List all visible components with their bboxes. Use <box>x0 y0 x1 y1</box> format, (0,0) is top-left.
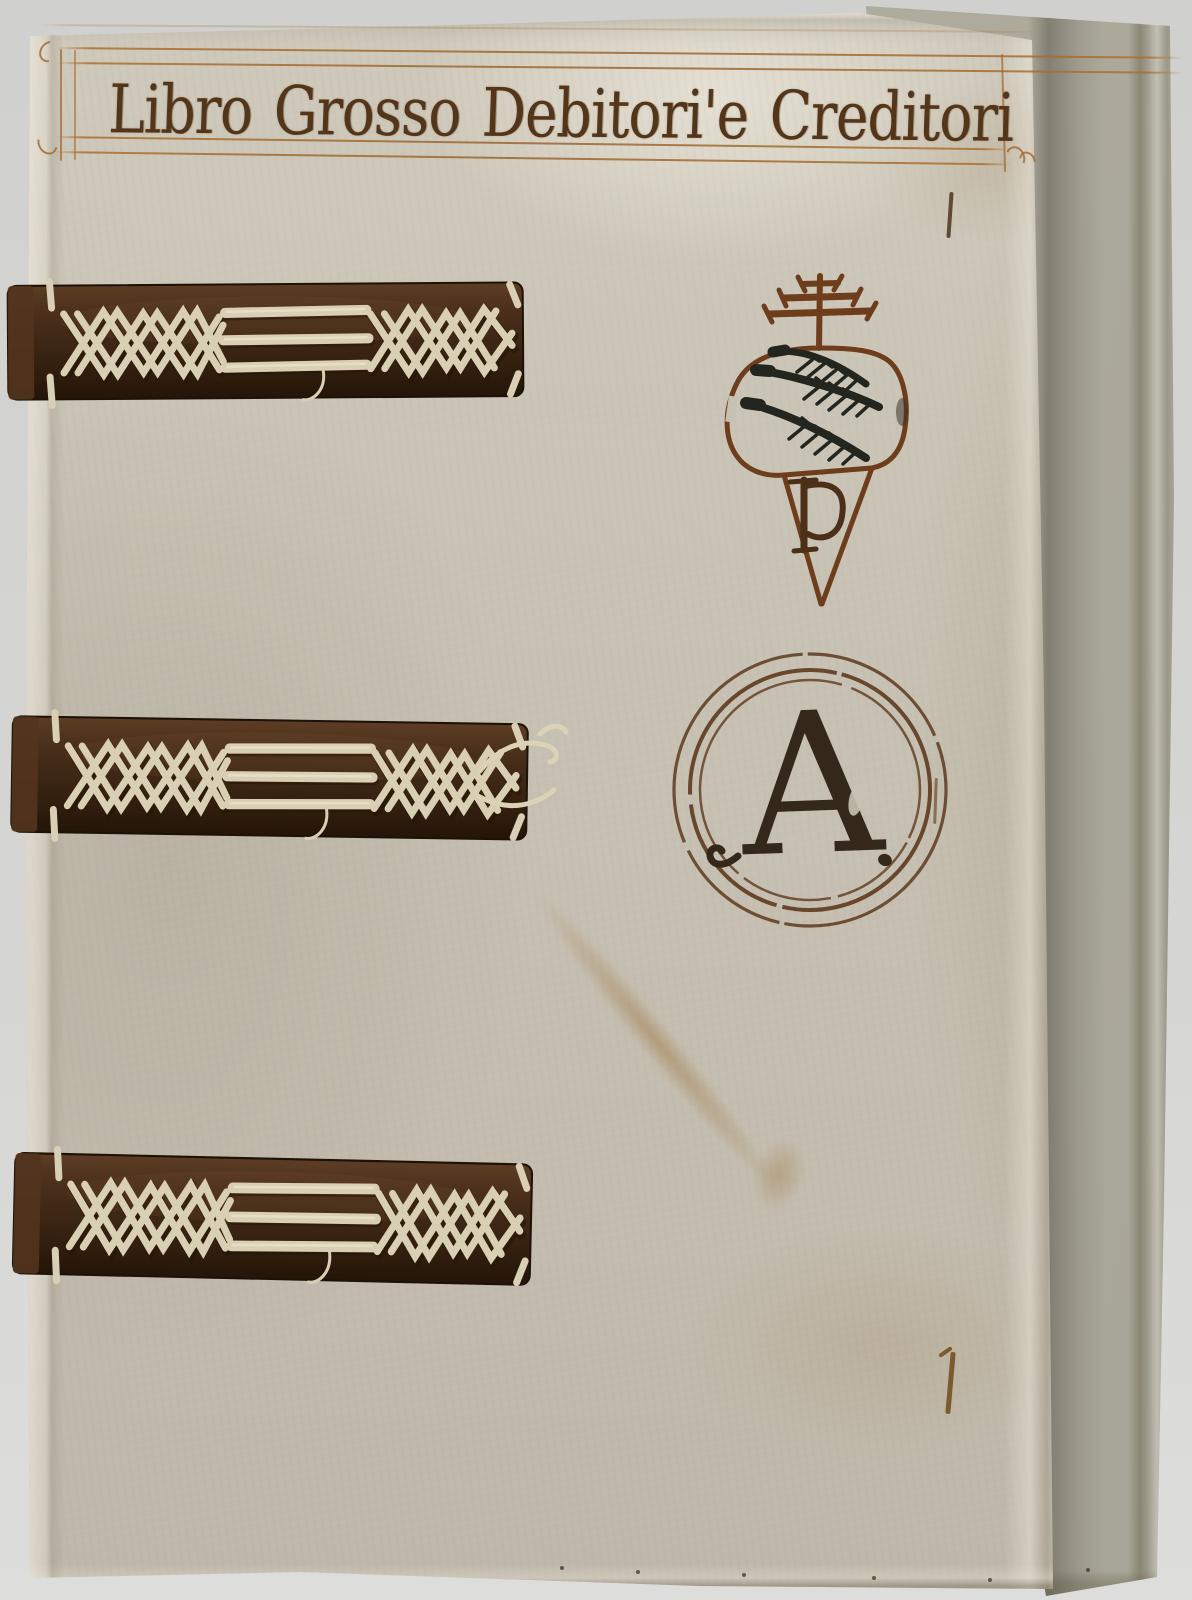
sewing-hole <box>988 1578 992 1582</box>
photo-backdrop: Libro Grosso Debitori'e Creditori <box>0 0 1192 1600</box>
frayed-lacing-threads <box>470 716 580 846</box>
bottom-strap <box>10 1140 543 1298</box>
double-barred-cross-icon <box>764 276 876 348</box>
three-palm-fronds-icon <box>746 350 879 464</box>
top-strap <box>6 270 535 412</box>
letter-a-foot-curl <box>710 848 738 864</box>
circled-a-mark: A <box>660 640 960 940</box>
merchant-mark: P <box>694 260 932 612</box>
sewing-hole <box>872 1576 876 1580</box>
middle-strap <box>9 704 539 852</box>
letter-a-glyph: A <box>735 668 888 900</box>
sewing-hole <box>742 1573 746 1577</box>
ink-mark-stroke <box>945 1352 955 1414</box>
sewing-hole <box>560 1566 564 1570</box>
worn-patch <box>725 396 738 423</box>
dark-blotch <box>896 398 908 426</box>
worn-patch <box>786 836 796 847</box>
sewing-hole <box>636 1570 640 1574</box>
cover-title: Libro Grosso Debitori'e Creditori <box>107 70 1015 157</box>
frame-left-line-1 <box>60 49 62 161</box>
frame-left-line-2 <box>74 50 76 160</box>
sewing-hole <box>1086 1568 1090 1572</box>
ink-mark <box>936 1348 966 1420</box>
